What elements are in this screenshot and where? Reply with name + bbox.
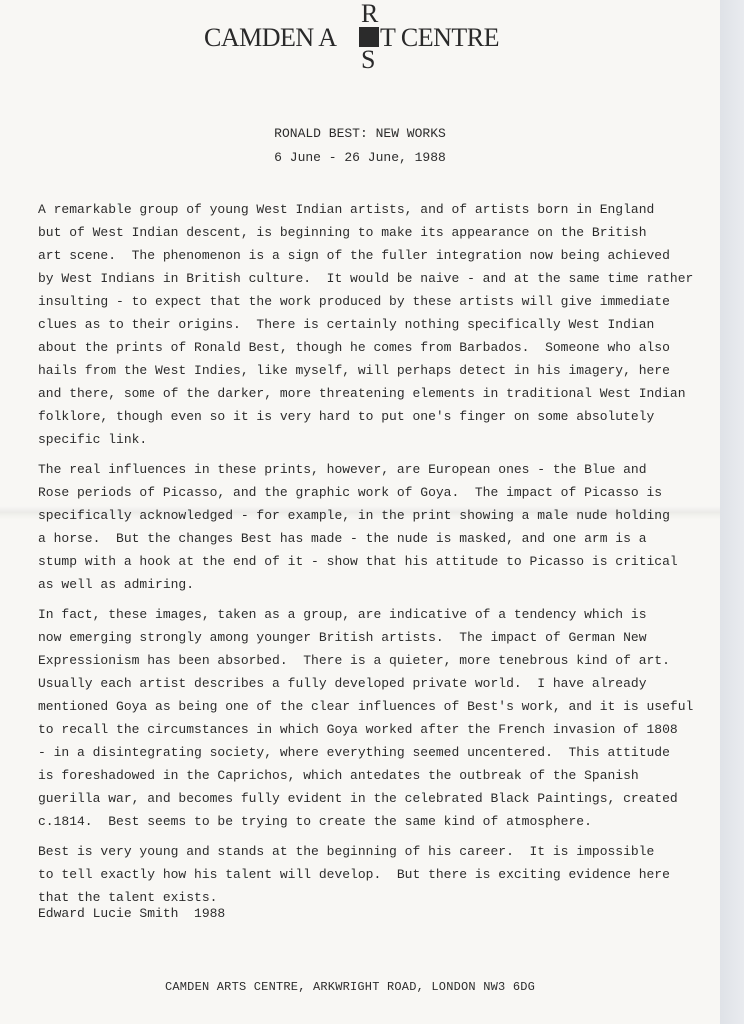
text-line: by West Indians in British culture. It w…: [38, 267, 718, 290]
text-line: hails from the West Indies, like myself,…: [38, 359, 718, 382]
text-line: is foreshadowed in the Caprichos, which …: [38, 764, 718, 787]
text-line: clues as to their origins. There is cert…: [38, 313, 718, 336]
document-page: CAMDEN A R S T CENTRE RONALD BEST: NEW W…: [0, 0, 720, 1024]
text-line: folklore, though even so it is very hard…: [38, 405, 718, 428]
logo-right-word: T CENTRE: [380, 24, 499, 52]
text-line: mentioned Goya as being one of the clear…: [38, 695, 718, 718]
essay-body: A remarkable group of young West Indian …: [38, 198, 718, 916]
text-line: but of West Indian descent, is beginning…: [38, 221, 718, 244]
paragraph: A remarkable group of young West Indian …: [38, 198, 718, 451]
exhibition-title: RONALD BEST: NEW WORKS: [0, 126, 720, 141]
text-line: a horse. But the changes Best has made -…: [38, 527, 718, 550]
text-line: specifically acknowledged - for example,…: [38, 504, 718, 527]
text-line: - in a disintegrating society, where eve…: [38, 741, 718, 764]
logo-letter-s: S: [361, 47, 375, 73]
text-line: and there, some of the darker, more thre…: [38, 382, 718, 405]
text-line: The real influences in these prints, how…: [38, 458, 718, 481]
text-line: Expressionism has been absorbed. There i…: [38, 649, 718, 672]
text-line: about the prints of Ronald Best, though …: [38, 336, 718, 359]
text-line: art scene. The phenomenon is a sign of t…: [38, 244, 718, 267]
text-line: to recall the circumstances in which Goy…: [38, 718, 718, 741]
text-line: guerilla war, and becomes fully evident …: [38, 787, 718, 810]
text-line: specific link.: [38, 428, 718, 451]
paragraph: Best is very young and stands at the beg…: [38, 840, 718, 909]
paragraph: In fact, these images, taken as a group,…: [38, 603, 718, 833]
text-line: insulting - to expect that the work prod…: [38, 290, 718, 313]
text-line: In fact, these images, taken as a group,…: [38, 603, 718, 626]
address-footer: CAMDEN ARTS CENTRE, ARKWRIGHT ROAD, LOND…: [0, 980, 700, 994]
text-line: to tell exactly how his talent will deve…: [38, 863, 718, 886]
author-signature: Edward Lucie Smith 1988: [38, 906, 225, 921]
scanner-background: [720, 0, 744, 1024]
logo-square-icon: [359, 27, 379, 47]
text-line: as well as admiring.: [38, 573, 718, 596]
paragraph: The real influences in these prints, how…: [38, 458, 718, 596]
text-line: Best is very young and stands at the beg…: [38, 840, 718, 863]
camden-arts-centre-logo: CAMDEN A R S T CENTRE: [204, 0, 524, 72]
text-line: Usually each artist describes a fully de…: [38, 672, 718, 695]
text-line: c.1814. Best seems to be trying to creat…: [38, 810, 718, 833]
text-line: Rose periods of Picasso, and the graphic…: [38, 481, 718, 504]
exhibition-dates: 6 June - 26 June, 1988: [0, 150, 720, 165]
logo-letter-r: R: [361, 1, 378, 27]
text-line: A remarkable group of young West Indian …: [38, 198, 718, 221]
text-line: stump with a hook at the end of it - sho…: [38, 550, 718, 573]
logo-left-word: CAMDEN A: [204, 24, 337, 52]
text-line: now emerging strongly among younger Brit…: [38, 626, 718, 649]
